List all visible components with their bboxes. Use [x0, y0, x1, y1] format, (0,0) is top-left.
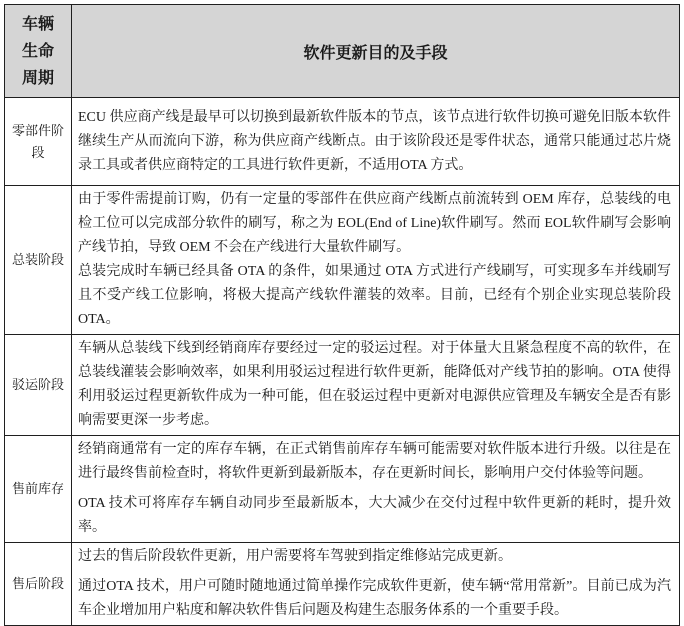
- paragraph: 总装完成时车辆已经具备 OTA 的条件，如果通过 OTA 方式进行产线刷写，可实…: [78, 260, 671, 332]
- paragraph: 过去的售后阶段软件更新，用户需要将车驾驶到指定维修站完成更新。: [78, 545, 671, 569]
- description-cell: 由于零件需提前订购，仍有一定量的零部件在供应商产线断点前流转到 OEM 库存，总…: [72, 186, 680, 335]
- description-cell: 经销商通常有一定的库存车辆，在正式销售前库存车辆可能需要对软件版本进行升级。以往…: [72, 436, 680, 543]
- header-cell-purpose: 软件更新目的及手段: [72, 5, 680, 98]
- header-cell-lifecycle: 车辆 生命 周期: [5, 5, 72, 98]
- paragraph: OTA 技术可将库存车辆自动同步至最新版本，大大减少在交付过程中软件更新的耗时，…: [78, 492, 671, 540]
- header-lifecycle-line-3: 周期: [7, 65, 69, 92]
- table-row-aftersale-stage: 售后阶段 过去的售后阶段软件更新，用户需要将车驾驶到指定维修站完成更新。 通过O…: [5, 543, 680, 626]
- document-page: 车辆 生命 周期 软件更新目的及手段 零部件阶段 ECU 供应商产线是最早可以切…: [0, 0, 684, 564]
- stage-cell: 售前库存: [5, 436, 72, 543]
- table-row-parts-stage: 零部件阶段 ECU 供应商产线是最早可以切换到最新软件版本的节点，该节点进行软件…: [5, 98, 680, 186]
- stage-cell: 总装阶段: [5, 186, 72, 335]
- header-lifecycle-line-2: 生命: [7, 38, 69, 65]
- table-row-transfer-stage: 驳运阶段 车辆从总装线下线到经销商库存要经过一定的驳运过程。对于体量大且紧急程度…: [5, 335, 680, 436]
- paragraph: 由于零件需提前订购，仍有一定量的零部件在供应商产线断点前流转到 OEM 库存，总…: [78, 188, 671, 260]
- paragraph: 通过OTA 技术，用户可随时随地通过简单操作完成软件更新，使车辆“常用常新”。目…: [78, 575, 671, 623]
- header-row: 车辆 生命 周期 软件更新目的及手段: [5, 5, 680, 98]
- paragraph: ECU 供应商产线是最早可以切换到最新软件版本的节点，该节点进行软件切换可避免旧…: [78, 106, 671, 178]
- description-cell: 车辆从总装线下线到经销商库存要经过一定的驳运过程。对于体量大且紧急程度不高的软件…: [72, 335, 680, 436]
- description-cell: ECU 供应商产线是最早可以切换到最新软件版本的节点，该节点进行软件切换可避免旧…: [72, 98, 680, 186]
- vehicle-lifecycle-ota-table: 车辆 生命 周期 软件更新目的及手段 零部件阶段 ECU 供应商产线是最早可以切…: [4, 4, 680, 626]
- description-cell: 过去的售后阶段软件更新，用户需要将车驾驶到指定维修站完成更新。 通过OTA 技术…: [72, 543, 680, 626]
- stage-cell: 零部件阶段: [5, 98, 72, 186]
- stage-cell: 驳运阶段: [5, 335, 72, 436]
- table-row-assembly-stage: 总装阶段 由于零件需提前订购，仍有一定量的零部件在供应商产线断点前流转到 OEM…: [5, 186, 680, 335]
- stage-cell: 售后阶段: [5, 543, 72, 626]
- paragraph: 经销商通常有一定的库存车辆，在正式销售前库存车辆可能需要对软件版本进行升级。以往…: [78, 438, 671, 486]
- header-lifecycle-line-1: 车辆: [7, 11, 69, 38]
- paragraph: 车辆从总装线下线到经销商库存要经过一定的驳运过程。对于体量大且紧急程度不高的软件…: [78, 337, 671, 433]
- table-row-presale-inventory: 售前库存 经销商通常有一定的库存车辆，在正式销售前库存车辆可能需要对软件版本进行…: [5, 436, 680, 543]
